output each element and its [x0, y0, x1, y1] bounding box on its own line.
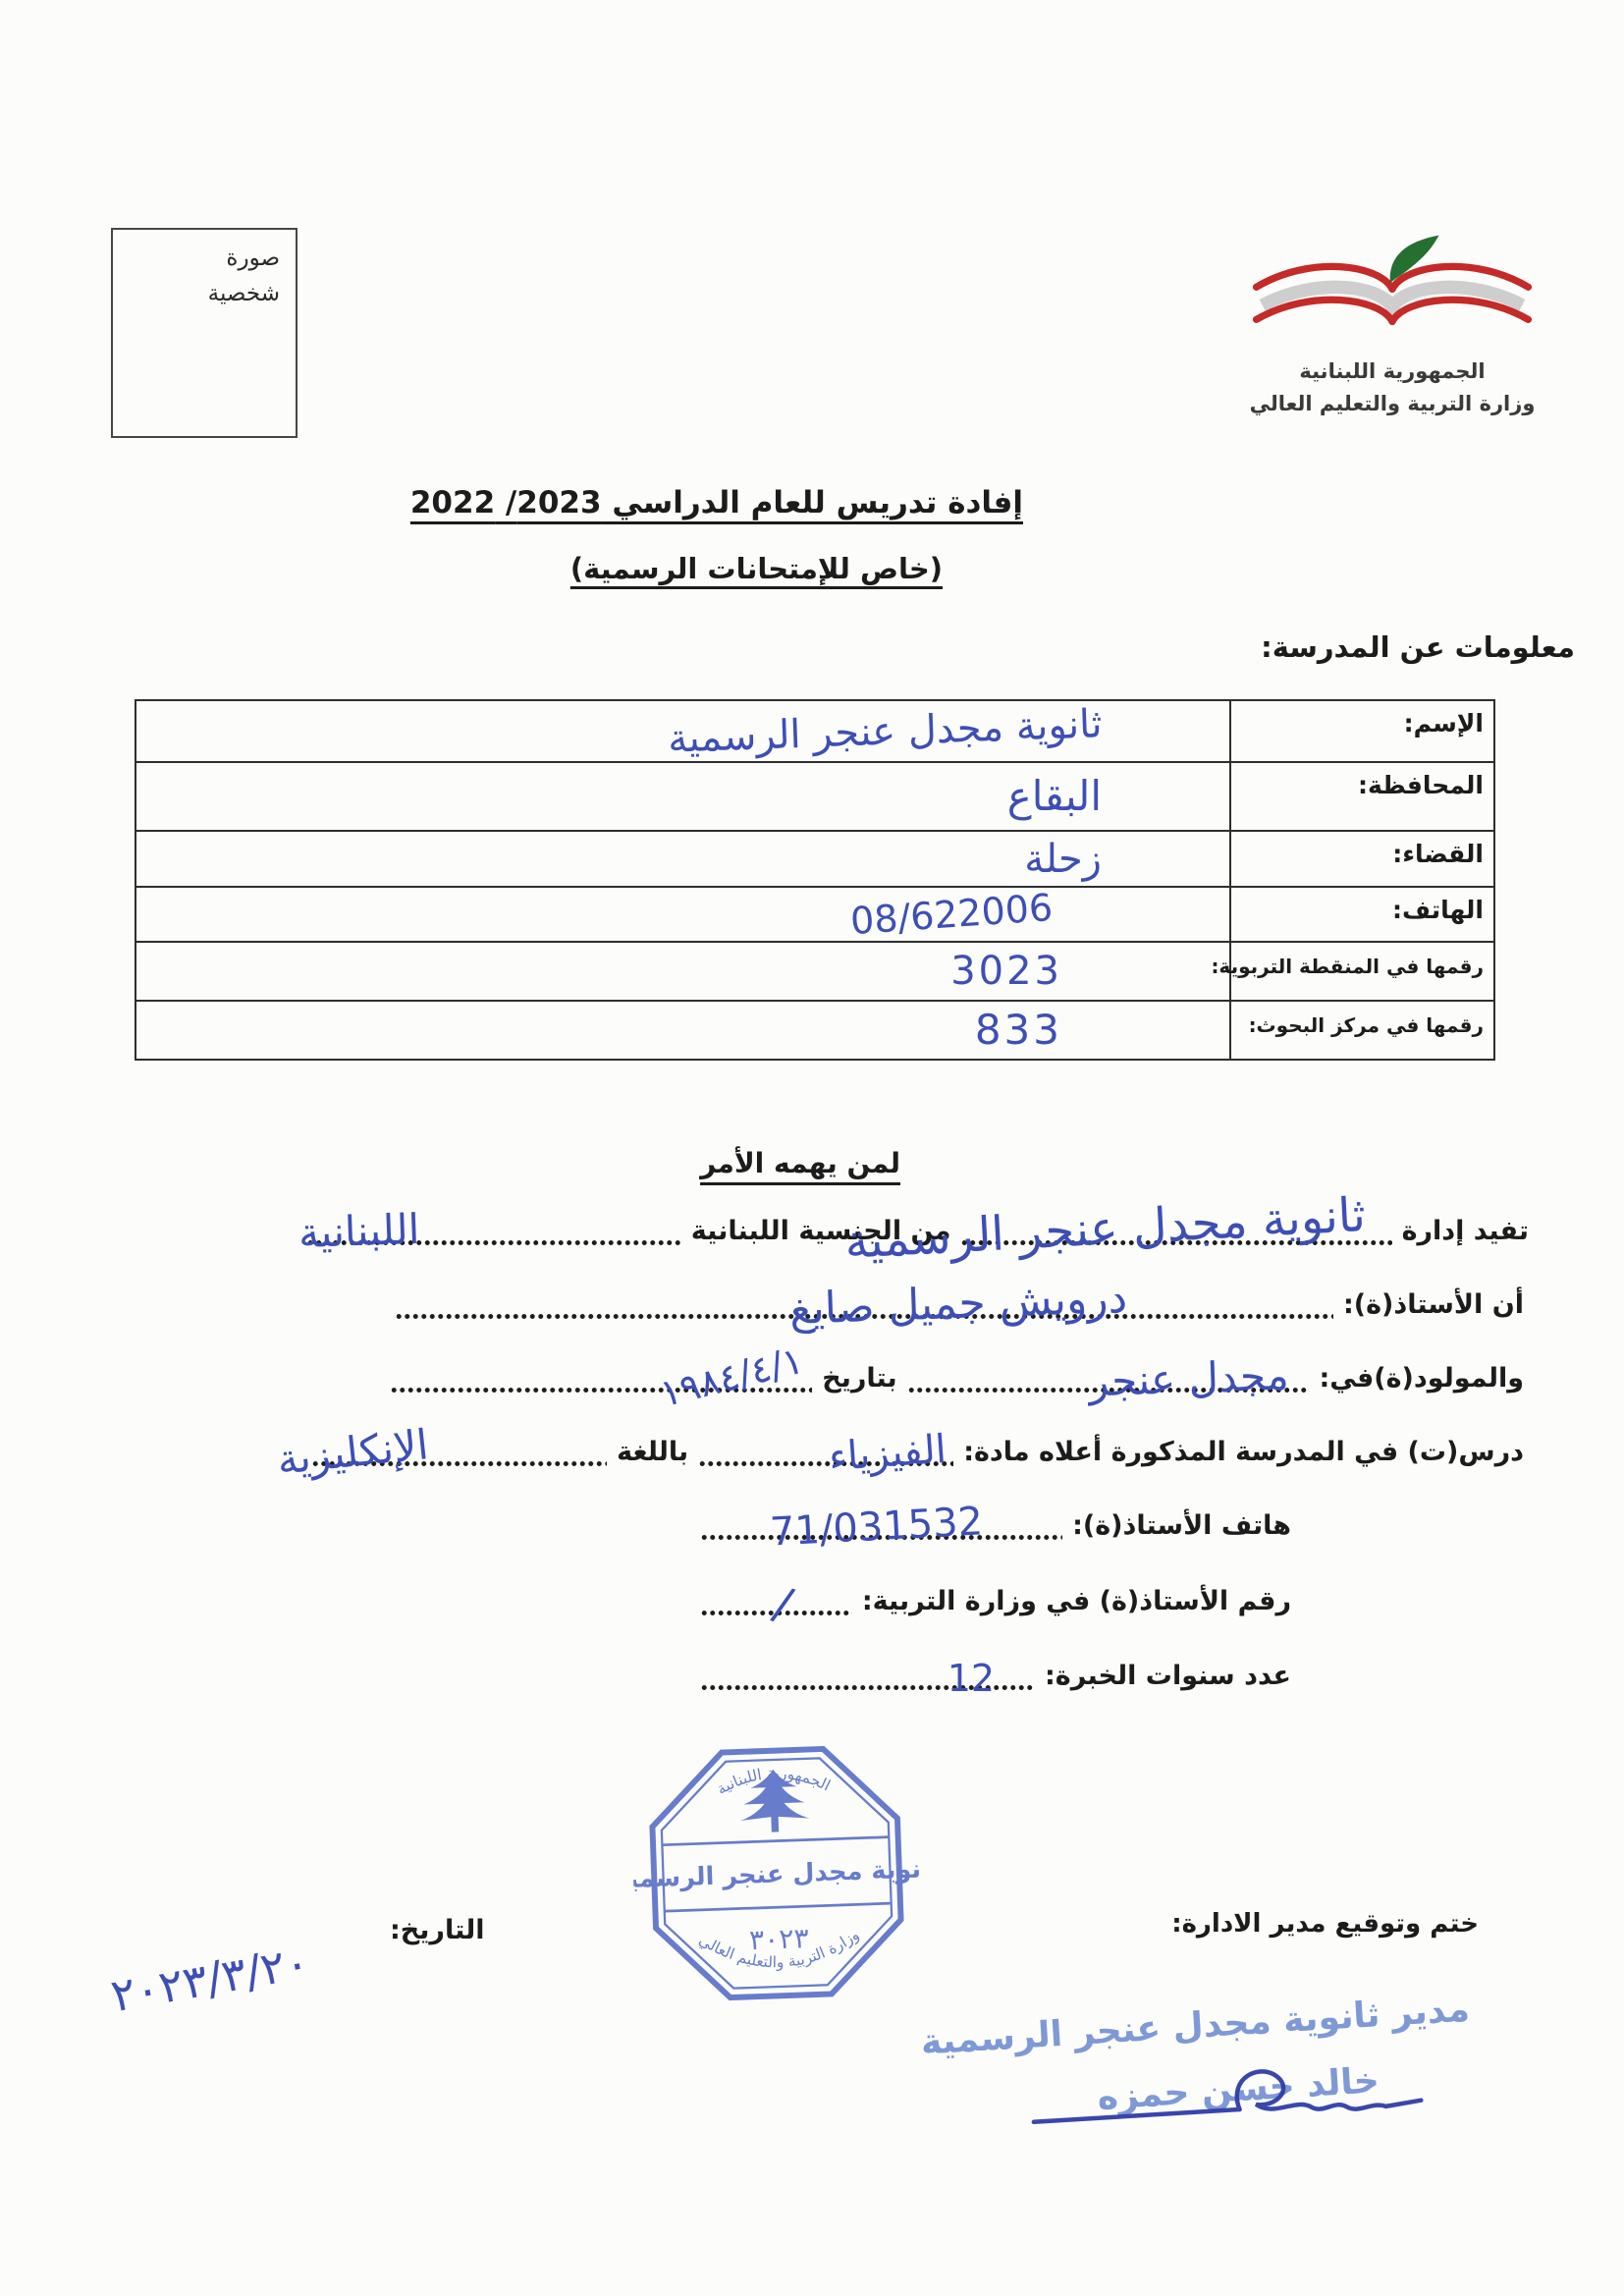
school-info-table: الإسم: ثانوية مجدل عنجر الرسمية المحافظة…: [135, 699, 1495, 1061]
stamp-school-name: ثانوية مجدل عنجر الرسمية: [628, 1854, 925, 1895]
statement-line-7: عدد سنوات الخبرة: 12: [692, 1656, 1293, 1691]
table-row: رقمها في مركز البحوث: 833: [135, 1001, 1494, 1060]
director-signature: [1025, 2037, 1443, 2169]
row-value: 833: [135, 1001, 1230, 1060]
statement-line-6: رقم الأستاذ(ة) في وزارة التربية: /: [692, 1581, 1293, 1616]
row-label: القضاء:: [1230, 831, 1494, 887]
statement-prefix: والمولود(ة)في:: [1317, 1363, 1526, 1394]
handwritten-entry: اللبنانية: [298, 1209, 421, 1254]
handwritten-entry: درويش جميل صايغ: [788, 1277, 1127, 1332]
statement-mid: بتاريخ: [820, 1363, 898, 1394]
ministry-country-name: الجمهورية اللبنانية: [1225, 355, 1559, 388]
date-label: التاريخ:: [390, 1915, 485, 1945]
table-row: رقمها في المنقطة التربوية: 3023: [135, 942, 1494, 1001]
ministry-dept-name: وزارة التربية والتعليم العالي: [1225, 388, 1559, 420]
handwritten-entry: الفيزياء: [827, 1430, 947, 1477]
table-row: الإسم: ثانوية مجدل عنجر الرسمية: [135, 700, 1494, 762]
ministry-header: الجمهورية اللبنانية وزارة التربية والتعل…: [1225, 234, 1559, 419]
dotted-fill: /: [700, 1581, 852, 1616]
row-label: الإسم:: [1230, 700, 1494, 762]
photo-box-label-line1: صورة: [129, 242, 280, 277]
statement-line-5: هاتف الأستاذ(ة): 71/031532: [692, 1505, 1293, 1541]
table-row: الهاتف: 08/622006: [135, 887, 1494, 942]
photo-placeholder-box: صورة شخصية: [111, 228, 298, 438]
row-label: رقمها في مركز البحوث:: [1230, 1001, 1494, 1060]
row-value: زحلة: [135, 831, 1230, 887]
statement-prefix: درس(ت) في المدرسة المذكورة أعلاه مادة:: [961, 1437, 1526, 1467]
statement-prefix: عدد سنوات الخبرة:: [1043, 1661, 1293, 1691]
dotted-fill: الفيزياء: [698, 1432, 953, 1467]
director-signature-heading: ختم وتوقيع مدير الادارة:: [1171, 1909, 1479, 1939]
handwritten-entry: 833: [975, 1010, 1062, 1051]
dotted-fill: درويش جميل صايغ: [395, 1285, 1333, 1320]
row-label: رقمها في المنقطة التربوية:: [1230, 942, 1494, 1001]
statement-line-4: درس(ت) في المدرسة المذكورة أعلاه مادة: ا…: [303, 1432, 1526, 1467]
handwritten-entry: 71/031532: [769, 1502, 984, 1552]
row-value: البقاع: [135, 762, 1230, 831]
school-info-heading: معلومات عن المدرسة:: [1261, 630, 1575, 664]
statement-line-1: تفيد إدارة ثانوية مجدل عنجر الرسمية من ا…: [298, 1211, 1531, 1246]
table-row: القضاء: زحلة: [135, 831, 1494, 887]
dotted-fill: الإنكليزية: [311, 1432, 607, 1467]
dotted-fill: 12: [700, 1656, 1035, 1691]
school-octagon-stamp: ثانوية مجدل عنجر الرسمية ٣٠٢٣ الجمهورية …: [628, 1728, 925, 2018]
statement-prefix: أن الأستاذ(ة):: [1341, 1289, 1526, 1320]
doc-subtitle: (خاص للإمتحانات الرسمية): [570, 552, 943, 585]
lebanon-book-cedar-logo-icon: [1240, 234, 1544, 352]
row-label: الهاتف:: [1230, 887, 1494, 942]
handwritten-entry: /: [770, 1580, 798, 1628]
photo-box-label-line2: شخصية: [129, 277, 280, 312]
handwritten-entry: 08/622006: [849, 889, 1054, 940]
dotted-fill: ١٩٨٤/٤/١: [390, 1358, 812, 1394]
statement-prefix: تفيد إدارة: [1400, 1216, 1531, 1246]
table-row: المحافظة: البقاع: [135, 762, 1494, 831]
handwritten-entry: ثانوية مجدل عنجر الرسمية: [667, 704, 1103, 758]
statement-mid: باللغة: [615, 1437, 690, 1467]
statement-prefix: رقم الأستاذ(ة) في وزارة التربية:: [860, 1586, 1293, 1616]
to-whom-heading: لمن يهمه الأمر: [700, 1147, 900, 1179]
statement-line-2: أن الأستاذ(ة): درويش جميل صايغ: [387, 1285, 1526, 1320]
handwritten-entry: زحلة: [1024, 840, 1102, 879]
director-stamp: مدير ثانوية مجدل عنجر الرسمية خالد حسن ح…: [998, 1990, 1480, 2214]
handwritten-entry: ثانوية مجدل عنجر الرسمية: [843, 1191, 1367, 1266]
handwritten-entry: الإنكليزية: [275, 1424, 430, 1481]
handwritten-entry: مجدل عنجر: [1089, 1354, 1290, 1402]
doc-title: إفادة تدريس للعام الدراسي 2023/ 2022: [410, 485, 1023, 520]
dotted-fill: مجدل عنجر: [907, 1358, 1310, 1394]
dotted-fill: ثانوية مجدل عنجر الرسمية: [960, 1211, 1391, 1246]
date-value-handwritten: ٢٠٢٣/٣/٢٠: [107, 1936, 313, 2023]
row-label: المحافظة:: [1230, 762, 1494, 831]
statement-prefix: هاتف الأستاذ(ة):: [1070, 1510, 1293, 1541]
handwritten-entry: ١٩٨٤/٤/١: [656, 1341, 806, 1413]
dotted-fill: اللبنانية: [306, 1211, 681, 1246]
statement-line-3: والمولود(ة)في: مجدل عنجر بتاريخ ١٩٨٤/٤/١: [382, 1358, 1526, 1394]
row-value: 08/622006: [135, 887, 1230, 942]
dotted-fill: 71/031532: [700, 1505, 1062, 1541]
row-value: ثانوية مجدل عنجر الرسمية: [135, 700, 1230, 762]
row-value: 3023: [135, 942, 1230, 1001]
handwritten-entry: 3023: [950, 952, 1062, 991]
handwritten-entry: البقاع: [1007, 776, 1102, 817]
handwritten-entry: 12: [947, 1660, 995, 1697]
scanned-form-page: صورة شخصية الجمهورية اللبنانية وزارة الت…: [0, 0, 1624, 2296]
